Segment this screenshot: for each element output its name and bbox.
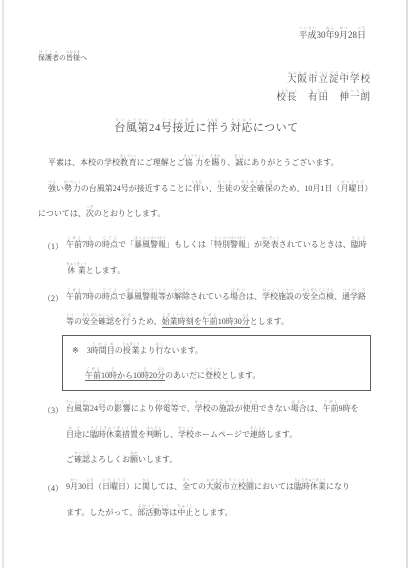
- item-line: 目途めどに臨時休業措置りんじきゅうぎょうそちを判断はんだんし、学校がっこうホーム…: [66, 426, 375, 440]
- document-page: { "colors": { "paper": "#ffffff", "ink":…: [0, 0, 420, 568]
- item-line: 午前ごぜん7時じの時点じてんで暴風警報等ぼうふうけいほうとうが解除かいじょされて…: [66, 288, 375, 302]
- item-number: （2）: [43, 288, 66, 328]
- sender-principal: 校長こうちょう 有田ありた 伸一朗しんいちろう: [38, 89, 371, 103]
- greeting-paragraph: 平素は、本校の学校教育きょういくにご理解とご協力きょうりょくを賜たまわり、誠まこ…: [38, 154, 375, 168]
- sender-block: 大阪市立淀中学校おおさかしりつよどちゅうがっこう 校長こうちょう 有田ありた 伸…: [38, 71, 375, 104]
- note-box: ※ 3時間目じかんめの授業じゅぎょうより行おこないます。 午前ごぜん10時じから…: [62, 335, 371, 391]
- item-3: （3） 台風第たいふうだい24号ごうの影響えいきょうにより停電等ていでんとうで、…: [43, 400, 375, 465]
- item-1: （1） 午前ごぜん7時じの時点じてんで「暴風警報ぼうふうけいほう」もしくは「特別…: [43, 236, 375, 276]
- letter-body: 平成へいせい30年ねん9月がつ28日にち 保護者ほごしゃの皆様みなさまへ 大阪市…: [0, 0, 420, 568]
- item-number: （1）: [43, 236, 66, 276]
- item-number: （4）: [43, 478, 66, 518]
- sender-school: 大阪市立淀中学校おおさかしりつよどちゅうがっこう: [38, 71, 371, 85]
- item-line: ご確認かくにんよろしくお願ねがいします。: [66, 451, 375, 465]
- recipient: 保護者ほごしゃの皆様みなさまへ: [38, 50, 375, 63]
- item-line: 午前ごぜん7時じの時点じてんで「暴風警報ぼうふうけいほう」もしくは「特別警報とく…: [66, 236, 375, 250]
- note-line-2: 午前ごぜん10時じから10時じ20分ぷんのあいだに登校とうこうとします。: [85, 367, 362, 381]
- item-line: ます。したがって、部活動等ぶかつどうとうは中止ちゅうしとします。: [66, 504, 375, 518]
- note-line-1: ※ 3時間目じかんめの授業じゅぎょうより行おこないます。: [72, 342, 362, 356]
- date: 平成へいせい30年ねん9月がつ28日にち: [38, 26, 375, 41]
- item-line: 休業きゅうぎょうとします。: [66, 262, 375, 276]
- item-4: （4） 9月がつ30日にち（日曜日にちようび）に関かんしては、全すべての大阪市立…: [43, 478, 375, 518]
- item-number: （3）: [43, 400, 66, 465]
- item-line: 等とうの安全確認あんぜんかくにんを行おこなうため、始業時刻しぎょうじこくを午前ご…: [66, 313, 375, 327]
- page-title: 台風第たいふうだい24号接近ごうせっきんに伴ともなう対応たいおうについて: [38, 118, 375, 134]
- intro-line-2: については、次つぎのとおりとします。: [38, 205, 375, 219]
- item-line: 台風第たいふうだい24号ごうの影響えいきょうにより停電等ていでんとうで、学校がっ…: [66, 400, 375, 414]
- item-2: （2） 午前ごぜん7時じの時点じてんで暴風警報等ぼうふうけいほうとうが解除かいじ…: [43, 288, 375, 328]
- item-line: 9月がつ30日にち（日曜日にちようび）に関かんしては、全すべての大阪市立校園おお…: [66, 478, 375, 492]
- intro-line-1: 強つよい勢力せいりょくの台風第24号が接近することに伴ともない、生徒せいとの安全…: [38, 180, 375, 194]
